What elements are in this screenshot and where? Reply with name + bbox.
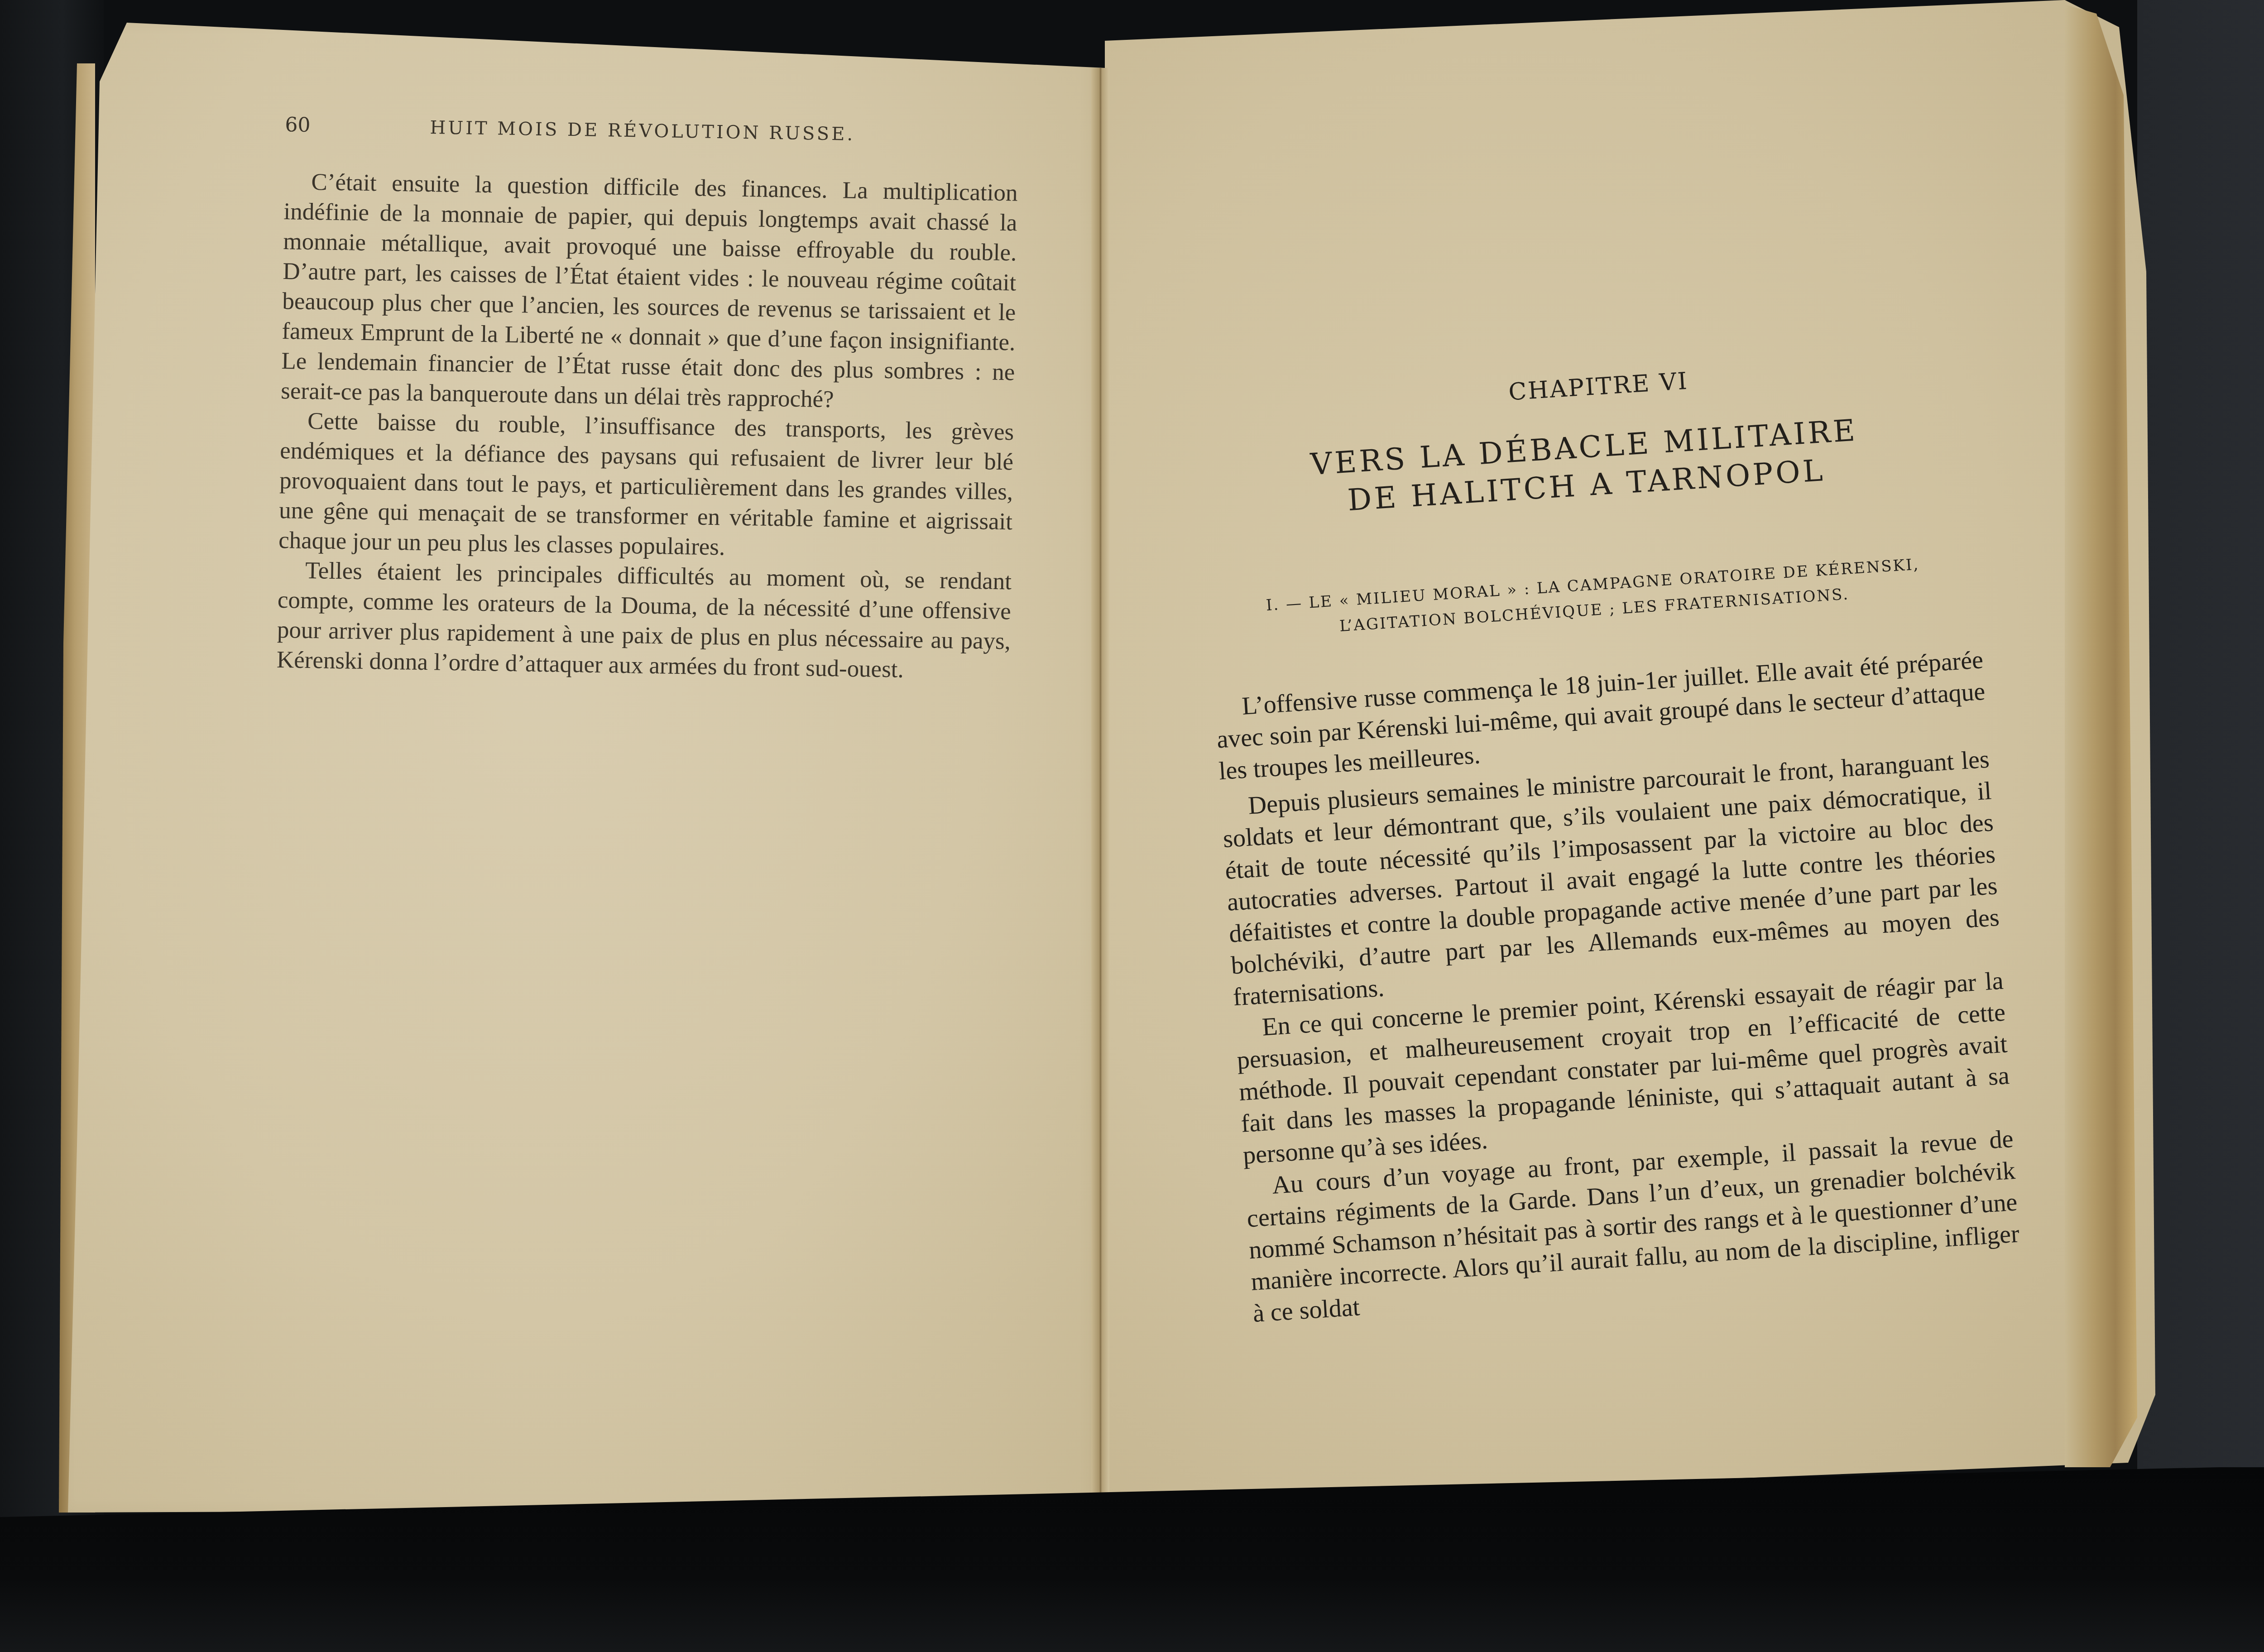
left-page-body: C’était ensuite la question difficile de… — [277, 167, 1018, 686]
running-title: HUIT MOIS DE RÉVOLUTION RUSSE. — [430, 117, 855, 145]
right-page-text: CHAPITRE VI VERS LA DÉBACLE MILITAIRE DE… — [1195, 350, 2022, 1330]
paragraph: Telles étaient les principales difficult… — [277, 555, 1012, 686]
display-case-right-frame — [2137, 0, 2264, 1494]
paragraph: Cette baisse du rouble, l’insuffisance d… — [278, 406, 1014, 567]
chapter-title: VERS LA DÉBACLE MILITAIRE DE HALITCH A T… — [1199, 404, 1972, 528]
right-page-body: L’offensive russe commença le 18 juin-1e… — [1214, 644, 2022, 1330]
section-heading: I. — LE « MILIEU MORAL » : LA CAMPAGNE O… — [1208, 548, 1980, 647]
paragraph: C’était ensuite la question difficile de… — [281, 167, 1018, 417]
left-page-text: 60 HUIT MOIS DE RÉVOLUTION RUSSE. C’étai… — [277, 113, 1019, 686]
page-number: 60 — [285, 113, 430, 139]
book-gutter — [1091, 68, 1109, 1503]
